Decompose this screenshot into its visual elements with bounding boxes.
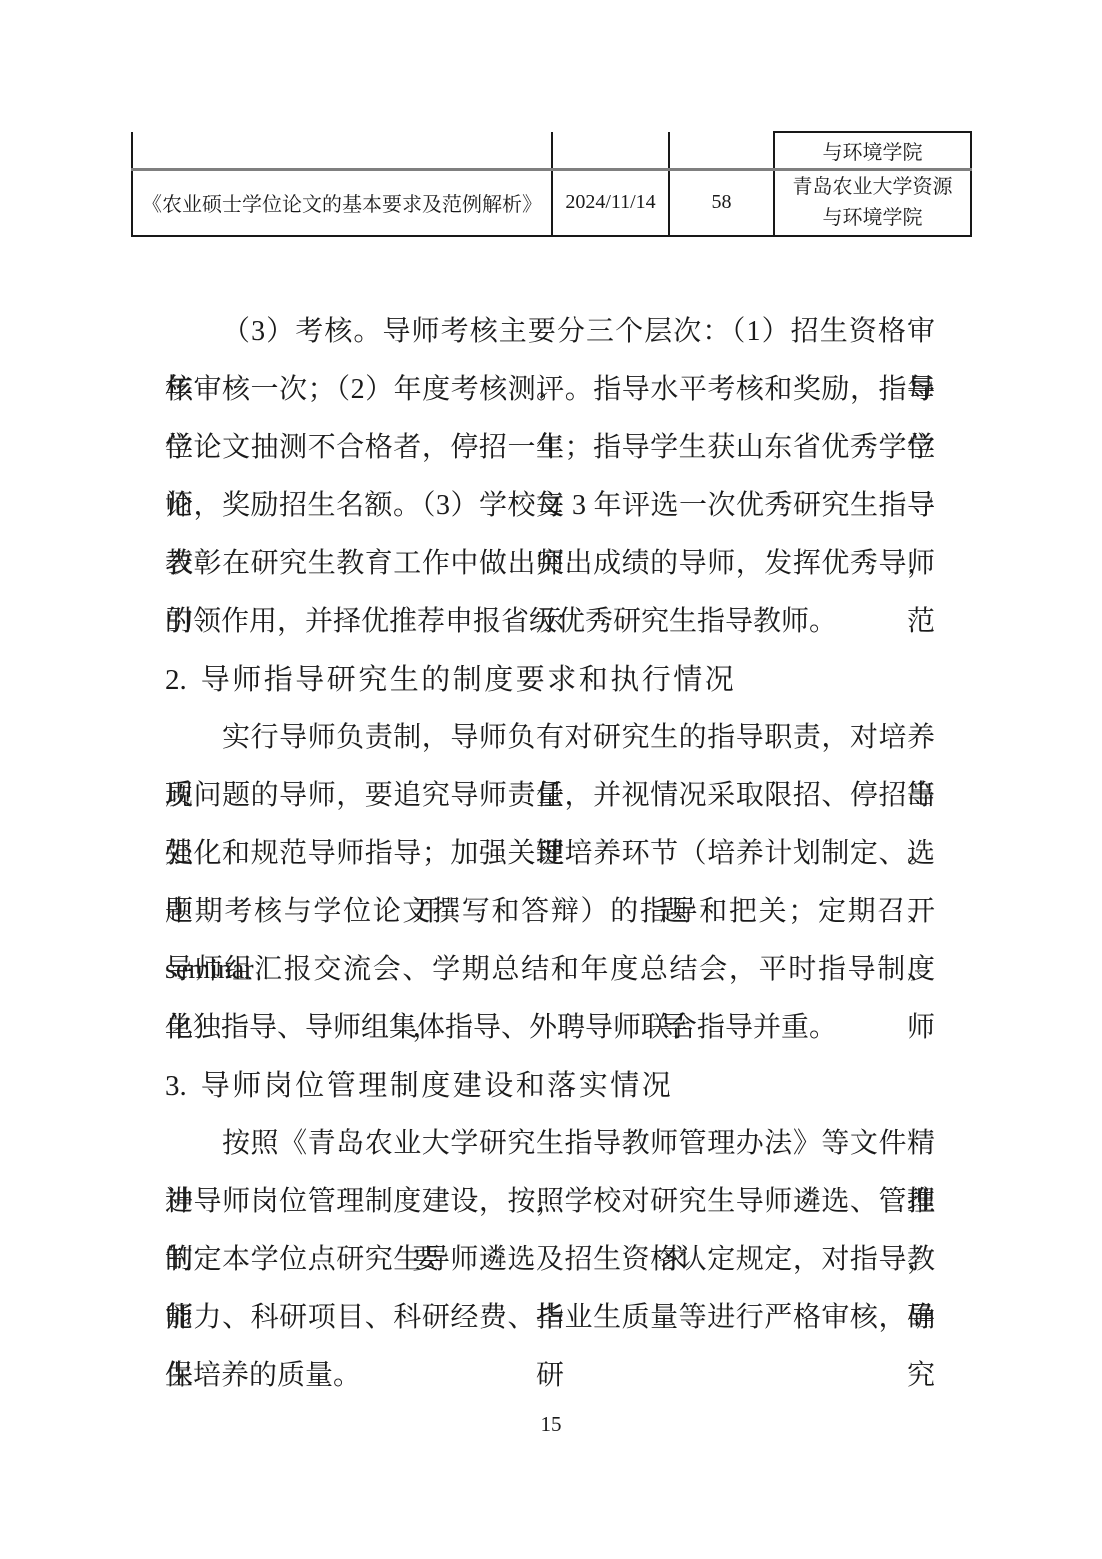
cell-lecture-title: 《农业硕士学位论文的基本要求及范例解析》 xyxy=(132,169,552,236)
paragraph2-line: 单独指导、导师组集体指导、外聘导师联合指导并重。 xyxy=(165,999,935,1057)
cell-date-empty xyxy=(552,132,669,169)
section-heading-2: 2.导师指导研究生的制度要求和执行情况 xyxy=(165,651,935,709)
paragraph1-line: 表彰在研究生教育工作中做出突出成绩的导师，发挥优秀导师的示范 xyxy=(165,535,935,593)
paragraph3-line: 能力、科研项目、科研经费、毕业生质量等进行严格审核，确保研究 xyxy=(165,1289,935,1347)
paragraph2-line: 现问题的导师，要追究导师责任，并视情况采取限招、停招等处理。 xyxy=(165,767,935,825)
section-number: 2. xyxy=(165,664,187,696)
paragraph2-line: 中期考核与学位论文撰写和答辩）的指导和把关；定期召开seminar、 xyxy=(165,883,935,941)
paragraph1-line: 引领作用，并择优推荐申报省级优秀研究生指导教师。 xyxy=(165,593,935,651)
table-row-partial: 与环境学院 xyxy=(132,132,971,169)
paragraph2-line: 实行导师负责制，导师负有对研究生的指导职责，对培养质量出 xyxy=(165,709,935,767)
section-title: 导师岗位管理制度建设和落实情况 xyxy=(201,1070,674,1102)
body-text: （3）考核。导师考核主要分三个层次：（1）招生资格审核。每 年审核一次；（2）年… xyxy=(165,303,935,1405)
document-page: 与环境学院 《农业硕士学位论文的基本要求及范例解析》 2024/11/14 58… xyxy=(0,0,1102,1559)
paragraph1-line: 师，奖励招生名额。（3）学校每 3 年评选一次优秀研究生指导教师， xyxy=(165,477,935,535)
paragraph3-line: 制定本学位点研究生导师遴选及招生资格认定规定，对指导教师指导 xyxy=(165,1231,935,1289)
cell-date: 2024/11/14 xyxy=(552,169,669,236)
section-heading-3: 3.导师岗位管理制度建设和落实情况 xyxy=(165,1057,935,1115)
cell-organizer: 青岛农业大学资源 与环境学院 xyxy=(774,169,971,236)
lecture-activities-table: 与环境学院 《农业硕士学位论文的基本要求及范例解析》 2024/11/14 58… xyxy=(131,131,972,237)
paragraph1-line: （3）考核。导师考核主要分三个层次：（1）招生资格审核。每 xyxy=(165,303,935,361)
cell-attendance-empty xyxy=(669,132,774,169)
page-number: 15 xyxy=(0,1412,1102,1437)
paragraph1-line: 位论文抽测不合格者，停招一年；指导学生获山东省优秀学位论文导 xyxy=(165,419,935,477)
section-title: 导师指导研究生的制度要求和执行情况 xyxy=(201,664,737,696)
cell-attendance: 58 xyxy=(669,169,774,236)
paragraph1-line: 年审核一次；（2）年度考核测评。指导水平考核和奖励，指导学生学 xyxy=(165,361,935,419)
cell-organizer-continued: 与环境学院 xyxy=(774,132,971,169)
section-number: 3. xyxy=(165,1070,187,1102)
paragraph2-line: 强化和规范导师指导；加强关键培养环节（培养计划制定、选题开题、 xyxy=(165,825,935,883)
table-row: 《农业硕士学位论文的基本要求及范例解析》 2024/11/14 58 青岛农业大… xyxy=(132,169,971,236)
paragraph3-line: 按照《青岛农业大学研究生指导教师管理办法》等文件精神，推 xyxy=(165,1115,935,1173)
paragraph3-line: 进导师岗位管理制度建设，按照学校对研究生导师遴选、管理的要求， xyxy=(165,1173,935,1231)
paragraph2-line: 导师组汇报交流会、学期总结和年度总结会，平时指导制度化，导师 xyxy=(165,941,935,999)
cell-lecture-title-empty xyxy=(132,132,552,169)
